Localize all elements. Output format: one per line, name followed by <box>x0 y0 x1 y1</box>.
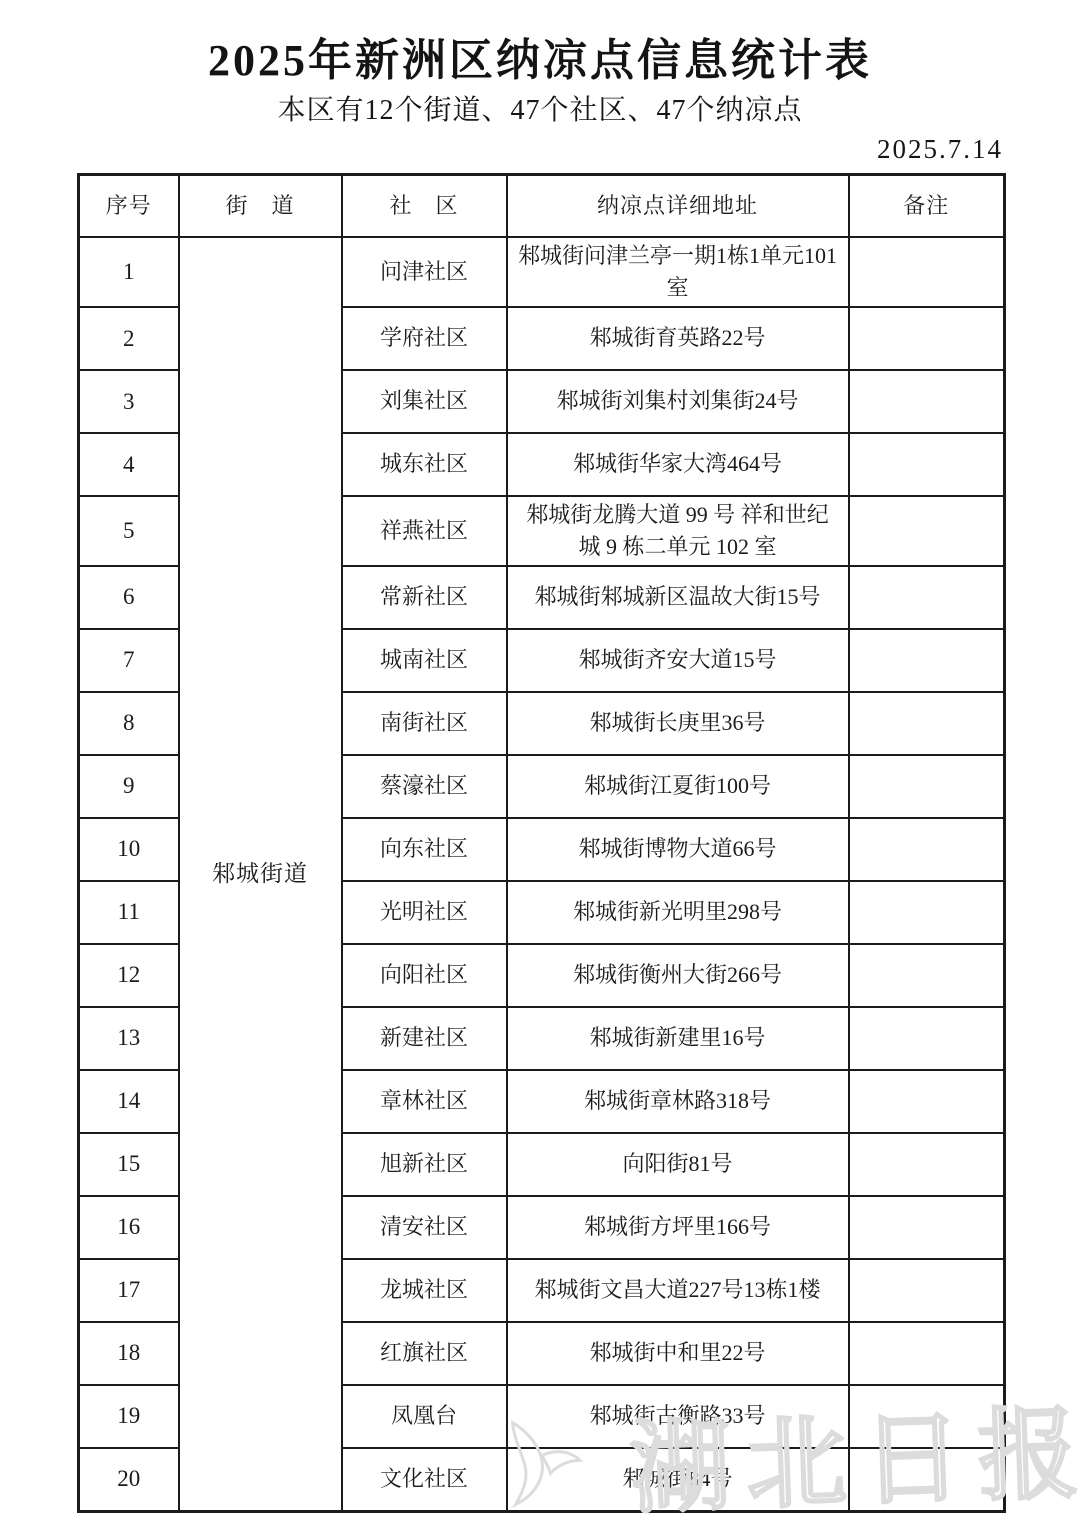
community-cell: 红旗社区 <box>342 1322 507 1385</box>
remark-cell <box>849 496 1005 566</box>
address-cell: 邾城街齐安大道15号 <box>507 629 849 692</box>
remark-cell <box>849 1070 1005 1133</box>
community-cell: 向东社区 <box>342 818 507 881</box>
remark-cell <box>849 818 1005 881</box>
address-cell: 邾城街新光明里298号 <box>507 881 849 944</box>
address-cell: 邾城街长庚里36号 <box>507 692 849 755</box>
community-cell: 蔡濠社区 <box>342 755 507 818</box>
row-index-cell: 14 <box>79 1070 179 1133</box>
remark-cell <box>849 755 1005 818</box>
col-header-street: 街 道 <box>179 175 342 238</box>
address-cell: 邾城街华家大湾464号 <box>507 433 849 496</box>
remark-cell <box>849 307 1005 370</box>
row-index-cell: 1 <box>79 237 179 307</box>
address-cell: 邾城街文昌大道227号13栋1楼 <box>507 1259 849 1322</box>
remark-cell <box>849 629 1005 692</box>
col-header-remark: 备注 <box>849 175 1005 238</box>
row-index-cell: 15 <box>79 1133 179 1196</box>
row-index-cell: 4 <box>79 433 179 496</box>
address-cell: 邾城街问津兰亭一期1栋1单元101室 <box>507 237 849 307</box>
address-cell: 邾城街育英路22号 <box>507 307 849 370</box>
address-cell: 邾城街刘集村刘集街24号 <box>507 370 849 433</box>
row-index-cell: 5 <box>79 496 179 566</box>
row-index-cell: 20 <box>79 1448 179 1512</box>
row-index-cell: 12 <box>79 944 179 1007</box>
community-cell: 祥燕社区 <box>342 496 507 566</box>
community-cell: 刘集社区 <box>342 370 507 433</box>
address-cell: 邾城街邾城新区温故大街15号 <box>507 566 849 629</box>
col-header-index: 序号 <box>79 175 179 238</box>
row-index-cell: 9 <box>79 755 179 818</box>
community-cell: 新建社区 <box>342 1007 507 1070</box>
remark-cell <box>849 1007 1005 1070</box>
document-page: 2025年新洲区纳凉点信息统计表 本区有12个街道、47个社区、47个纳凉点 2… <box>0 0 1080 1539</box>
address-cell: 邾城街博物大道66号 <box>507 818 849 881</box>
document-date: 2025.7.14 <box>77 134 1003 165</box>
cooling-points-table: 序号 街 道 社 区 纳凉点详细地址 备注 1邾城街道问津社区邾城街问津兰亭一期… <box>77 173 1006 1513</box>
table-row: 1邾城街道问津社区邾城街问津兰亭一期1栋1单元101室 <box>79 237 1005 307</box>
community-cell: 凤凰台 <box>342 1385 507 1448</box>
address-cell: 邾城街龙腾大道 99 号 祥和世纪城 9 栋二单元 102 室 <box>507 496 849 566</box>
row-index-cell: 10 <box>79 818 179 881</box>
community-cell: 问津社区 <box>342 237 507 307</box>
remark-cell <box>849 1385 1005 1448</box>
address-cell: 邾城街84号 <box>507 1448 849 1512</box>
address-cell: 邾城街古衡路33号 <box>507 1385 849 1448</box>
remark-cell <box>849 944 1005 1007</box>
table-body: 1邾城街道问津社区邾城街问津兰亭一期1栋1单元101室2学府社区邾城街育英路22… <box>79 237 1005 1511</box>
row-index-cell: 3 <box>79 370 179 433</box>
community-cell: 旭新社区 <box>342 1133 507 1196</box>
address-cell: 邾城街中和里22号 <box>507 1322 849 1385</box>
row-index-cell: 11 <box>79 881 179 944</box>
community-cell: 城东社区 <box>342 433 507 496</box>
street-merged-cell: 邾城街道 <box>179 237 342 1511</box>
remark-cell <box>849 433 1005 496</box>
remark-cell <box>849 1133 1005 1196</box>
community-cell: 清安社区 <box>342 1196 507 1259</box>
row-index-cell: 7 <box>79 629 179 692</box>
remark-cell <box>849 1448 1005 1512</box>
row-index-cell: 8 <box>79 692 179 755</box>
community-cell: 南街社区 <box>342 692 507 755</box>
address-cell: 邾城街衡州大街266号 <box>507 944 849 1007</box>
community-cell: 章林社区 <box>342 1070 507 1133</box>
address-cell: 邾城街章林路318号 <box>507 1070 849 1133</box>
row-index-cell: 19 <box>79 1385 179 1448</box>
remark-cell <box>849 692 1005 755</box>
remark-cell <box>849 1259 1005 1322</box>
community-cell: 城南社区 <box>342 629 507 692</box>
col-header-community: 社 区 <box>342 175 507 238</box>
community-cell: 文化社区 <box>342 1448 507 1512</box>
row-index-cell: 17 <box>79 1259 179 1322</box>
address-cell: 向阳街81号 <box>507 1133 849 1196</box>
row-index-cell: 2 <box>79 307 179 370</box>
page-title: 2025年新洲区纳凉点信息统计表 <box>0 24 1080 88</box>
community-cell: 光明社区 <box>342 881 507 944</box>
row-index-cell: 18 <box>79 1322 179 1385</box>
address-cell: 邾城街方坪里166号 <box>507 1196 849 1259</box>
remark-cell <box>849 1322 1005 1385</box>
row-index-cell: 13 <box>79 1007 179 1070</box>
community-cell: 向阳社区 <box>342 944 507 1007</box>
address-cell: 邾城街新建里16号 <box>507 1007 849 1070</box>
header-row: 序号 街 道 社 区 纳凉点详细地址 备注 <box>79 175 1005 238</box>
remark-cell <box>849 881 1005 944</box>
col-header-address: 纳凉点详细地址 <box>507 175 849 238</box>
remark-cell <box>849 237 1005 307</box>
row-index-cell: 16 <box>79 1196 179 1259</box>
community-cell: 常新社区 <box>342 566 507 629</box>
row-index-cell: 6 <box>79 566 179 629</box>
table-header: 序号 街 道 社 区 纳凉点详细地址 备注 <box>79 175 1005 238</box>
remark-cell <box>849 566 1005 629</box>
address-cell: 邾城街江夏街100号 <box>507 755 849 818</box>
page-subtitle: 本区有12个街道、47个社区、47个纳凉点 <box>0 88 1080 128</box>
remark-cell <box>849 370 1005 433</box>
remark-cell <box>849 1196 1005 1259</box>
community-cell: 龙城社区 <box>342 1259 507 1322</box>
community-cell: 学府社区 <box>342 307 507 370</box>
